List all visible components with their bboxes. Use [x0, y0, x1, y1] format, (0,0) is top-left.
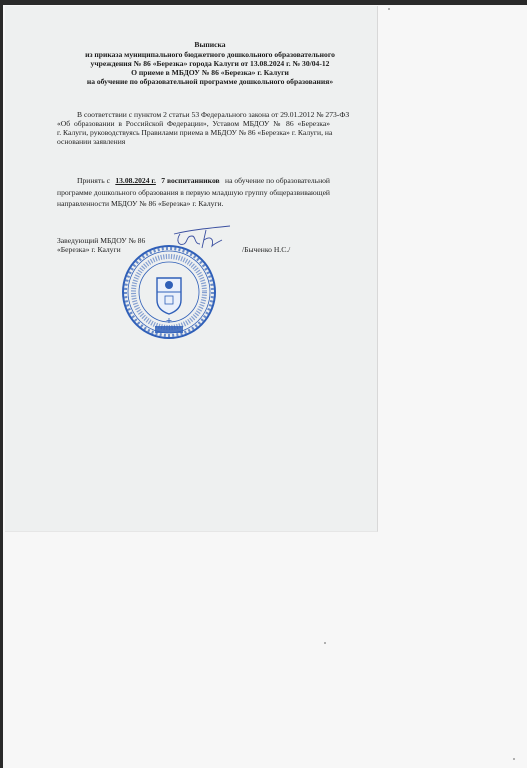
- basis-line-4: основании заявления: [57, 137, 125, 147]
- header-line-4: на обучение по образовательной программе…: [60, 77, 360, 87]
- signer-position-line-2: «Березка» г. Калуги: [57, 245, 121, 255]
- order-line-1: Принять с 13.08.2024 г. 7 воспитанников …: [77, 176, 330, 186]
- order-date: 13.08.2024 г.: [115, 176, 156, 186]
- order-prefix: Принять с: [77, 176, 110, 186]
- scan-speck: [388, 8, 390, 10]
- order-line-2: программе дошкольного образования в перв…: [57, 188, 330, 198]
- signer-name: /Быченко Н.С./: [242, 245, 290, 255]
- seal-icon: [121, 244, 217, 340]
- scan-speck: [513, 758, 515, 760]
- order-count: 7 воспитанников: [161, 176, 219, 186]
- scan-border-left: [0, 0, 3, 768]
- order-rest: на обучение по образовательной: [225, 176, 330, 186]
- order-line-3: направленности МБДОУ № 86 «Березка» г. К…: [57, 199, 224, 209]
- scan-speck: [324, 642, 326, 644]
- document-title: Выписка: [60, 40, 360, 50]
- scan-border-top: [0, 0, 527, 5]
